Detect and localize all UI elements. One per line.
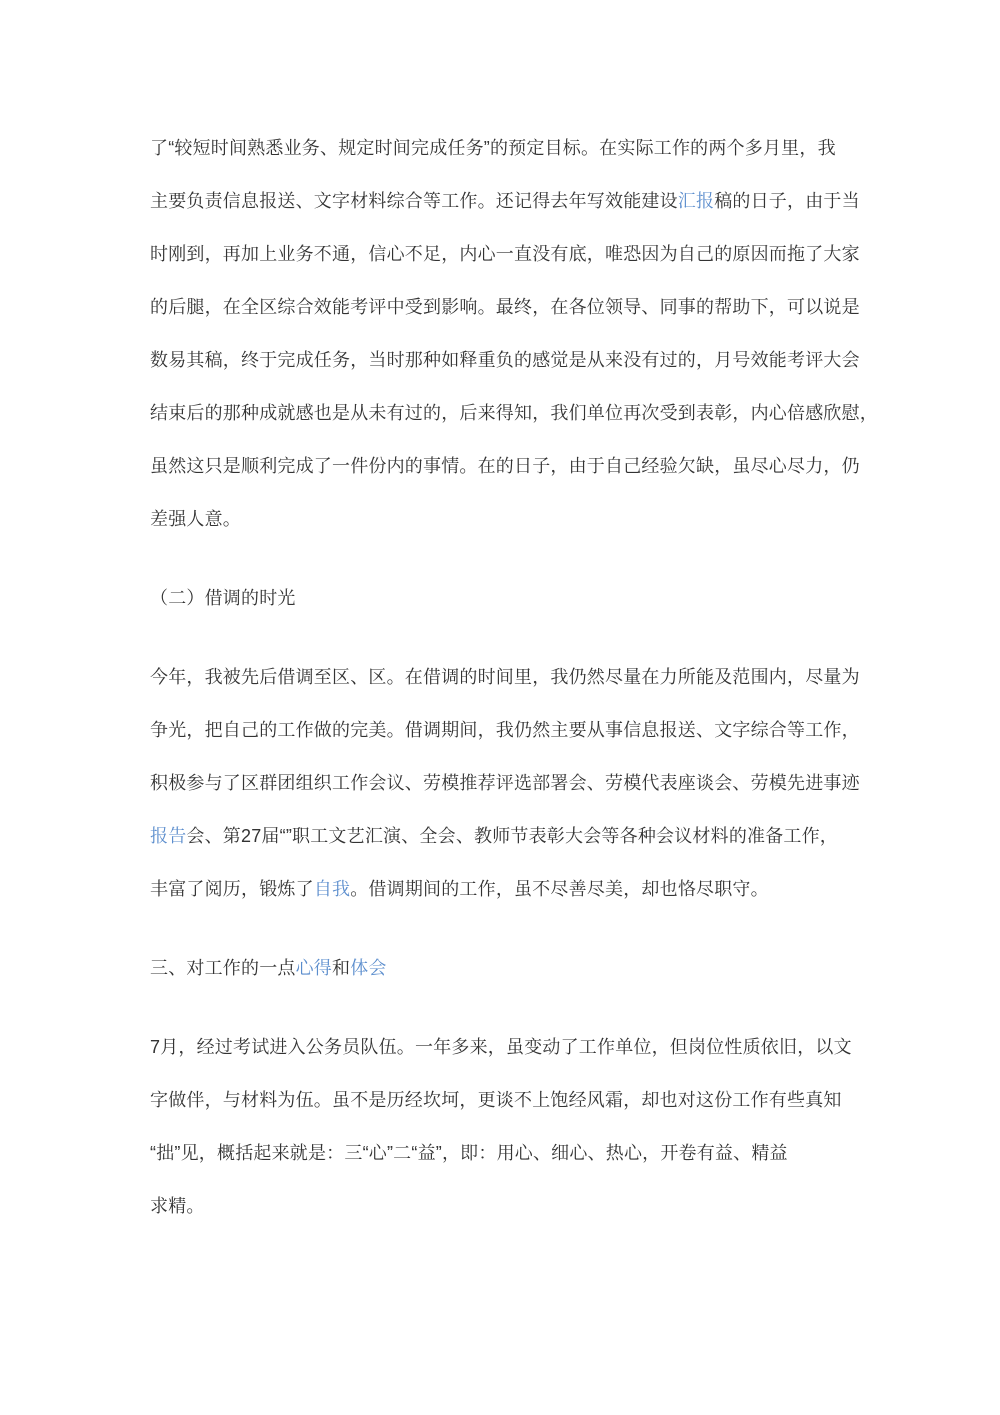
text-line: 7月，经过考试进入公务员队伍。一年多来，虽变动了工作单位，但岗位性质依旧，以文 <box>150 1021 852 1074</box>
text-run: 时刚到，再加上业务不通，信心不足，内心一直没有底，唯恐因为自己的原因而拖了大家 <box>150 244 860 264</box>
text-line: 求精。 <box>150 1180 852 1233</box>
text-line: 数易其稿，终于完成任务，当时那种如释重负的感觉是从来没有过的，月号效能考评大会 <box>150 334 852 387</box>
section-heading-2: （二）借调的时光 <box>150 572 852 625</box>
inline-link-huibao[interactable]: 汇报 <box>678 191 714 211</box>
text-line: 争光，把自己的工作做的完美。借调期间，我仍然主要从事信息报送、文字综合等工作， <box>150 704 852 757</box>
text-run: 争光，把自己的工作做的完美。借调期间，我仍然主要从事信息报送、文字综合等工作， <box>150 720 860 740</box>
text-line: 结束后的那种成就感也是从未有过的，后来得知，我们单位再次受到表彰，内心倍感欣慰， <box>150 387 852 440</box>
paragraph-1: 了“较短时间熟悉业务、规定时间完成任务”的预定目标。在实际工作的两个多月里，我 … <box>150 122 852 546</box>
text-run: 数易其稿，终于完成任务，当时那种如释重负的感觉是从来没有过的，月号效能考评大会 <box>150 350 860 370</box>
text-line: 报告会、第27届“”职工文艺汇演、全会、教师节表彰大会等各种会议材料的准备工作， <box>150 810 852 863</box>
text-run: 主要负责信息报送、文字材料综合等工作。还记得去年写效能建设 <box>150 191 678 211</box>
text-run: 丰富了阅历，锻炼了 <box>150 879 314 899</box>
text-line: 丰富了阅历，锻炼了自我。借调期间的工作，虽不尽善尽美，却也恪尽职守。 <box>150 863 852 916</box>
text-run: 稿的日子，由于当 <box>714 191 860 211</box>
inline-link-ziwo[interactable]: 自我 <box>314 879 350 899</box>
text-run: 差强人意。 <box>150 509 241 529</box>
text-run: 虽然这只是顺利完成了一件份内的事情。在的日子，由于自己经验欠缺，虽尽心尽力，仍 <box>150 456 860 476</box>
text-line: 积极参与了区群团组织工作会议、劳模推荐评选部署会、劳模代表座谈会、劳模先进事迹 <box>150 757 852 810</box>
text-line: 今年，我被先后借调至区、区。在借调的时间里，我仍然尽量在力所能及范围内，尽量为 <box>150 651 852 704</box>
text-line: 了“较短时间熟悉业务、规定时间完成任务”的预定目标。在实际工作的两个多月里，我 <box>150 122 852 175</box>
heading-text: 三、对工作的一点 <box>150 958 296 978</box>
section-heading-3: 三、对工作的一点心得和体会 <box>150 942 852 995</box>
text-run: 会、第27届“”职工文艺汇演、全会、教师节表彰大会等各种会议材料的准备工作， <box>186 826 838 846</box>
text-run: 积极参与了区群团组织工作会议、劳模推荐评选部署会、劳模代表座谈会、劳模先进事迹 <box>150 773 860 793</box>
inline-link-tihui[interactable]: 体会 <box>350 958 386 978</box>
text-line: 虽然这只是顺利完成了一件份内的事情。在的日子，由于自己经验欠缺，虽尽心尽力，仍 <box>150 440 852 493</box>
text-run: 的后腿，在全区综合效能考评中受到影响。最终，在各位领导、同事的帮助下，可以说是 <box>150 297 860 317</box>
text-line: 的后腿，在全区综合效能考评中受到影响。最终，在各位领导、同事的帮助下，可以说是 <box>150 281 852 334</box>
text-run: 字做伴，与材料为伍。虽不是历经坎坷，更谈不上饱经风霜，却也对这份工作有些真知 <box>150 1090 842 1110</box>
document-page: 了“较短时间熟悉业务、规定时间完成任务”的预定目标。在实际工作的两个多月里，我 … <box>0 0 1000 1415</box>
text-run: 结束后的那种成就感也是从未有过的，后来得知，我们单位再次受到表彰，内心倍感欣慰， <box>150 403 878 423</box>
inline-link-xinde[interactable]: 心得 <box>296 958 332 978</box>
text-run: 。借调期间的工作，虽不尽善尽美，却也恪尽职守。 <box>350 879 769 899</box>
text-line: 主要负责信息报送、文字材料综合等工作。还记得去年写效能建设汇报稿的日子，由于当 <box>150 175 852 228</box>
inline-link-baogao[interactable]: 报告 <box>150 826 186 846</box>
paragraph-3: 7月，经过考试进入公务员队伍。一年多来，虽变动了工作单位，但岗位性质依旧，以文 … <box>150 1021 852 1233</box>
text-line: 时刚到，再加上业务不通，信心不足，内心一直没有底，唯恐因为自己的原因而拖了大家 <box>150 228 852 281</box>
text-run: 求精。 <box>150 1196 205 1216</box>
text-line: 差强人意。 <box>150 493 852 546</box>
heading-text: 和 <box>332 958 350 978</box>
paragraph-2: 今年，我被先后借调至区、区。在借调的时间里，我仍然尽量在力所能及范围内，尽量为 … <box>150 651 852 916</box>
text-line: “拙”见，概括起来就是：三“心”二“益”，即：用心、细心、热心，开卷有益、精益 <box>150 1127 852 1180</box>
text-run: 今年，我被先后借调至区、区。在借调的时间里，我仍然尽量在力所能及范围内，尽量为 <box>150 667 860 687</box>
text-line: 字做伴，与材料为伍。虽不是历经坎坷，更谈不上饱经风霜，却也对这份工作有些真知 <box>150 1074 852 1127</box>
text-run: 7月，经过考试进入公务员队伍。一年多来，虽变动了工作单位，但岗位性质依旧，以文 <box>150 1037 852 1057</box>
heading-text: （二）借调的时光 <box>150 588 296 608</box>
text-run: 了“较短时间熟悉业务、规定时间完成任务”的预定目标。在实际工作的两个多月里，我 <box>150 138 836 158</box>
text-run: “拙”见，概括起来就是：三“心”二“益”，即：用心、细心、热心，开卷有益、精益 <box>150 1143 788 1163</box>
